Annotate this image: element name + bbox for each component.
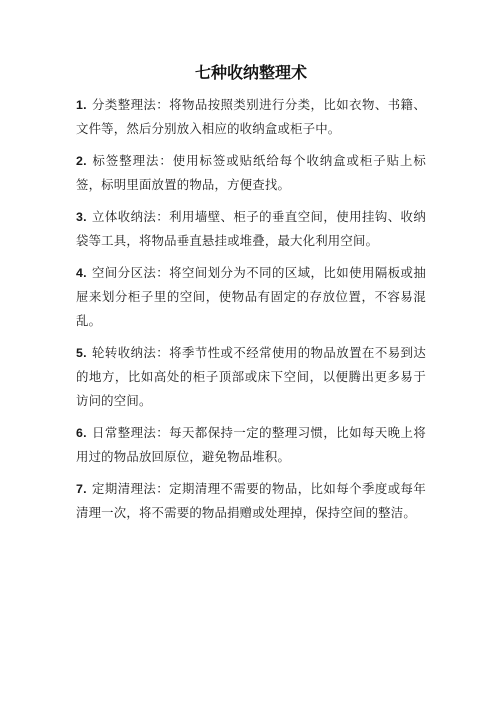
document-title: 七种收纳整理术 bbox=[76, 62, 426, 84]
list-item-6: 6.日常整理法：每天都保持一定的整理习惯，比如每天晚上将用过的物品放回原位，避免… bbox=[76, 421, 426, 469]
item-text: 立体收纳法：利用墙壁、柜子的垂直空间，使用挂钩、收纳袋等工具，将物品垂直悬挂或堆… bbox=[76, 209, 426, 248]
item-text: 标签整理法：使用标签或贴纸给每个收纳盒或柜子贴上标签，标明里面放置的物品，方便查… bbox=[76, 153, 426, 192]
list-item-2: 2.标签整理法：使用标签或贴纸给每个收纳盒或柜子贴上标签，标明里面放置的物品，方… bbox=[76, 149, 426, 197]
item-number: 2. bbox=[76, 154, 87, 168]
item-text: 定期清理法：定期清理不需要的物品，比如每个季度或每年清理一次，将不需要的物品捐赠… bbox=[76, 481, 426, 520]
list-item-1: 1.分类整理法：将物品按照类别进行分类，比如衣物、书籍、文件等，然后分别放入相应… bbox=[76, 93, 426, 141]
item-text: 日常整理法：每天都保持一定的整理习惯，比如每天晚上将用过的物品放回原位，避免物品… bbox=[76, 425, 426, 464]
item-text: 空间分区法：将空间划分为不同的区域，比如使用隔板或抽屉来划分柜子里的空间，使物品… bbox=[76, 265, 426, 328]
item-number: 4. bbox=[76, 266, 87, 280]
item-number: 7. bbox=[76, 482, 87, 496]
list-item-3: 3.立体收纳法：利用墙壁、柜子的垂直空间，使用挂钩、收纳袋等工具，将物品垂直悬挂… bbox=[76, 205, 426, 253]
item-number: 5. bbox=[76, 346, 87, 360]
list-item-4: 4.空间分区法：将空间划分为不同的区域，比如使用隔板或抽屉来划分柜子里的空间，使… bbox=[76, 261, 426, 333]
list-item-7: 7.定期清理法：定期清理不需要的物品，比如每个季度或每年清理一次，将不需要的物品… bbox=[76, 477, 426, 525]
list-item-5: 5.轮转收纳法：将季节性或不经常使用的物品放置在不易到达的地方，比如高处的柜子顶… bbox=[76, 341, 426, 413]
item-number: 6. bbox=[76, 426, 87, 440]
item-text: 轮转收纳法：将季节性或不经常使用的物品放置在不易到达的地方，比如高处的柜子顶部或… bbox=[76, 345, 426, 408]
item-number: 1. bbox=[76, 98, 87, 112]
item-text: 分类整理法：将物品按照类别进行分类，比如衣物、书籍、文件等，然后分别放入相应的收… bbox=[76, 97, 426, 136]
item-number: 3. bbox=[76, 210, 87, 224]
document-page: 七种收纳整理术 1.分类整理法：将物品按照类别进行分类，比如衣物、书籍、文件等，… bbox=[76, 62, 426, 533]
